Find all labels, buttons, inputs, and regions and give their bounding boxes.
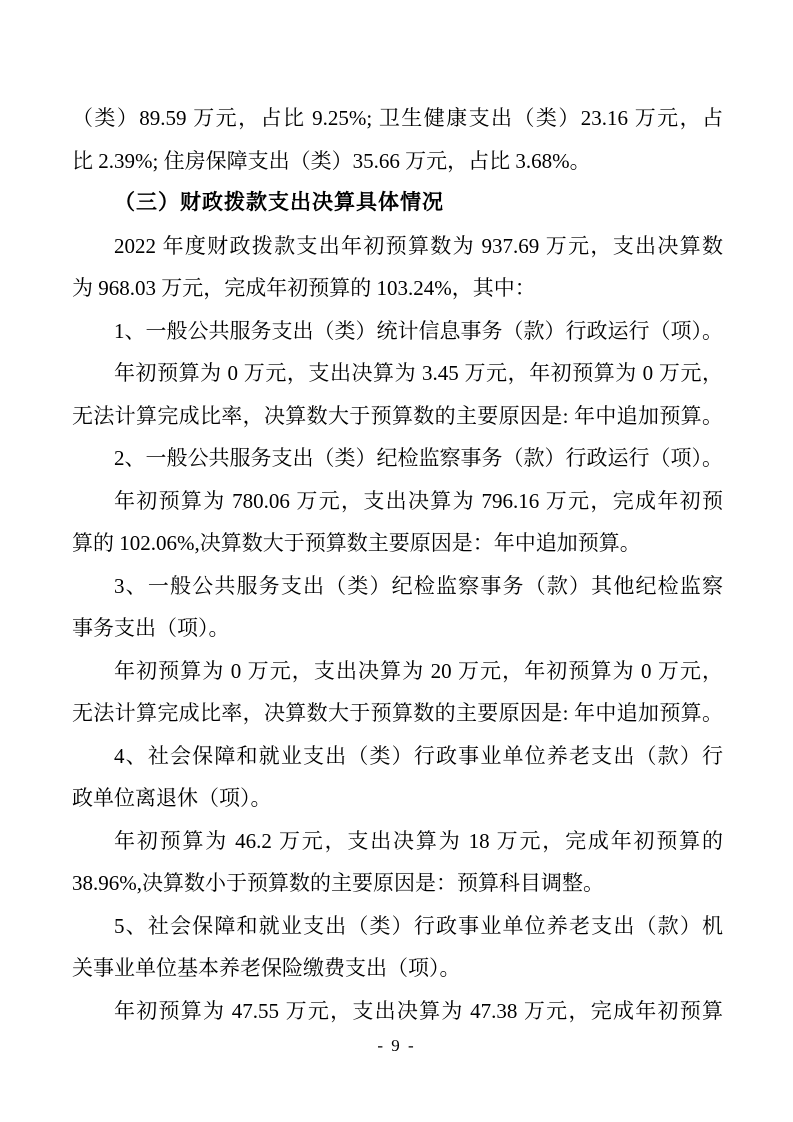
- text-line: 政单位离退休（项）。: [72, 777, 723, 820]
- text-line: 无法计算完成比率，决算数大于预算数的主要原因是: 年中追加预算。: [72, 395, 723, 438]
- section-heading: （三）财政拨款支出决算具体情况: [72, 182, 723, 225]
- document-body: （类）89.59 万元，占比 9.25%; 卫生健康支出（类）23.16 万元，…: [72, 97, 723, 1032]
- text-line: （类）89.59 万元，占比 9.25%; 卫生健康支出（类）23.16 万元，…: [72, 97, 723, 140]
- text-line: 事务支出（项）。: [72, 607, 723, 650]
- text-line: 算的 102.06%,决算数大于预算数主要原因是：年中追加预算。: [72, 522, 723, 565]
- text-line: 1、一般公共服务支出（类）统计信息事务（款）行政运行（项）。: [72, 310, 723, 353]
- document-page: （类）89.59 万元，占比 9.25%; 卫生健康支出（类）23.16 万元，…: [0, 0, 793, 1122]
- text-line: 年初预算为 0 万元，支出决算为 3.45 万元，年初预算为 0 万元，: [72, 352, 723, 395]
- text-line: 4、社会保障和就业支出（类）行政事业单位养老支出（款）行: [72, 735, 723, 778]
- text-line: 2、一般公共服务支出（类）纪检监察事务（款）行政运行（项）。: [72, 437, 723, 480]
- text-line: 5、社会保障和就业支出（类）行政事业单位养老支出（款）机: [72, 905, 723, 948]
- text-line: 年初预算为 0 万元，支出决算为 20 万元，年初预算为 0 万元，: [72, 650, 723, 693]
- text-line: 为 968.03 万元，完成年初预算的 103.24%，其中：: [72, 267, 723, 310]
- text-line: 比 2.39%; 住房保障支出（类）35.66 万元，占比 3.68%。: [72, 140, 723, 183]
- text-line: 2022 年度财政拨款支出年初预算数为 937.69 万元，支出决算数: [72, 225, 723, 268]
- text-line: 关事业单位基本养老保险缴费支出（项）。: [72, 947, 723, 990]
- text-line: 年初预算为 47.55 万元，支出决算为 47.38 万元，完成年初预算: [72, 990, 723, 1033]
- text-line: 3、一般公共服务支出（类）纪检监察事务（款）其他纪检监察: [72, 565, 723, 608]
- text-line: 年初预算为 780.06 万元，支出决算为 796.16 万元，完成年初预: [72, 480, 723, 523]
- page-number: - 9 -: [0, 1036, 793, 1056]
- text-line: 无法计算完成比率，决算数大于预算数的主要原因是: 年中追加预算。: [72, 692, 723, 735]
- text-line: 38.96%,决算数小于预算数的主要原因是：预算科目调整。: [72, 862, 723, 905]
- text-line: 年初预算为 46.2 万元，支出决算为 18 万元，完成年初预算的: [72, 820, 723, 863]
